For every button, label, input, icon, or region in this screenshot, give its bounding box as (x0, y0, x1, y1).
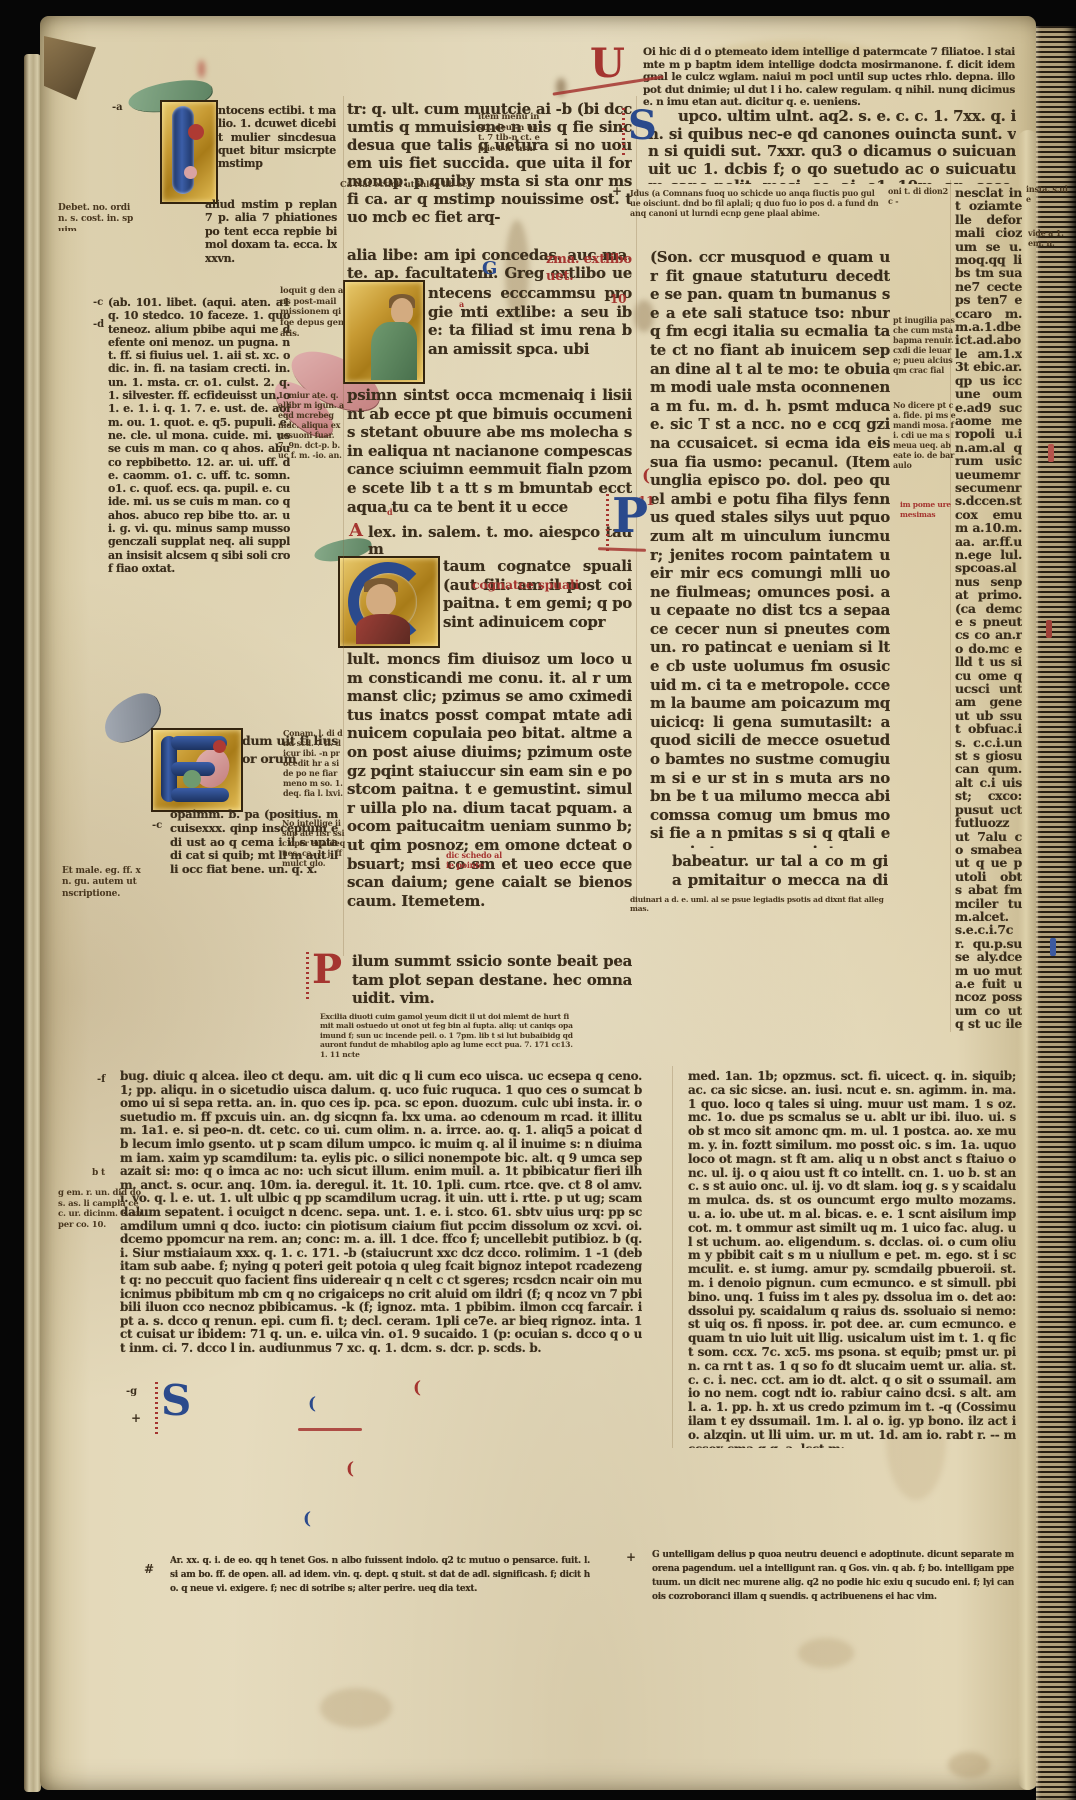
rubric-red-note-impome: im pome ure mesimas (900, 500, 956, 524)
text-block-colC-close: babeatur. ur tal a co m gi a pmitaitur o… (672, 852, 888, 890)
book-fore-edge (1036, 26, 1076, 1800)
rubric-chapter-10: 10 (610, 292, 632, 307)
initial-I-pink-knot (184, 166, 197, 179)
text-block-colB-2c: psimn sintst occa mcmenaiq i lisiint ab … (347, 386, 632, 522)
margin-mark: + (612, 184, 622, 198)
text-block-colC-1: (Son. ccr musquod e quam ur fit gnaue st… (650, 248, 890, 848)
fore-edge-decoration-speck (1046, 620, 1052, 638)
text-block-footnote-left: Ar. xx. q. i. de eo. qq h tenet Gos. n a… (170, 1554, 590, 1610)
figure-head (391, 298, 413, 324)
margin-mark: + (131, 1411, 141, 1425)
rubric-red-note-dic: dic schedo alie pointe (446, 850, 504, 878)
lombard-initial-U: U (590, 44, 625, 84)
marginal-note-vide: vide a 1. em. n. (1028, 228, 1070, 270)
marginal-note-conam: Conam. l. di dnd scd. 7 fi. dicur ibi. -… (283, 728, 343, 808)
lombard-initial-S: S (628, 106, 657, 146)
marginal-note-item-menu: item menu insti. deui-n ust. 7 tlb-n ct.… (478, 112, 540, 178)
paraph-mark: ( (303, 1509, 311, 1529)
manuscript-photo: Oi hic di d o ptemeato idem intellige d … (0, 0, 1076, 1800)
initial-E-green-dot (183, 770, 201, 788)
initial-I-stem (172, 106, 194, 194)
lombard-initial-A: A (349, 522, 363, 540)
marginal-note-et-male: Et male. eg. ff. x n. gu. autem ut nscri… (62, 866, 144, 918)
paraph-mark: ( (308, 1394, 316, 1414)
rubric-rubric-ma: zma. extlibo uet. (546, 252, 632, 296)
margin-mark: -c (152, 820, 162, 831)
monk-robe (356, 614, 410, 644)
text-block-colB-4: taum cognatce spuali (aut fili. am il po… (443, 557, 632, 647)
text-block-colD: nesclat int oziamtelle deformali ciozum … (955, 186, 1022, 1032)
rubric-red-tick-a: a (459, 299, 469, 309)
marginal-note-g-em: g em. r. un. did dos. as. li campla cec.… (58, 1188, 142, 1252)
pen-filigree (155, 1382, 158, 1435)
marginal-note-vigilia: pt inugilia pasche cum msta bapma renuir… (893, 315, 957, 389)
paraph-mark: ( (642, 466, 650, 486)
pen-filigree (606, 494, 609, 554)
lombard-initial-P: P (612, 492, 648, 540)
fore-edge-decoration-speck (1048, 444, 1054, 462)
lombard-initial-S: S (161, 1380, 191, 1422)
margin-mark: # (144, 1562, 154, 1576)
marginal-note-excilia: Excilia diuoti cuim gamol yeum dicit il … (320, 1012, 575, 1068)
parchment-stain (320, 1688, 392, 1728)
margin-mark: + (626, 1550, 636, 1564)
marginal-note-miur: 1. miur ate. q. allibr m igun. a eqd mcr… (278, 390, 344, 482)
initial-E-red-dot (213, 740, 226, 753)
fore-edge-decoration-speck (1050, 938, 1056, 956)
text-block-colB-3: lex. in. salem. t. mo. aiespco taum (368, 524, 632, 558)
marginal-note-bt: b t (92, 1168, 116, 1182)
margin-mark: -f (97, 1074, 105, 1085)
marginal-note-idus: Idus (a Comnans fuoq uo schicde uo anqa … (630, 188, 880, 230)
text-block-colB-6: ilum summt ssicio sonte beait peatam plo… (352, 952, 632, 1008)
pen-filigree (622, 108, 625, 158)
text-block-lower-right: med. 1an. 1b; opzmus. sct. fi. uicect. q… (688, 1070, 1016, 1448)
initial-I-red-knot (188, 124, 204, 140)
marginal-note-debet: Debet. no. ordin. s. cost. in. spuim (58, 203, 138, 231)
illuminated-initial-E (151, 728, 243, 812)
text-block-colB-5: lult. moncs fim diuisoz um loco um const… (347, 650, 632, 950)
text-block-footnote-right: G untelligam delius p quoa neutru deuenc… (652, 1548, 1014, 1608)
margin-mark: -a (112, 102, 123, 113)
parchment-stain (198, 60, 205, 78)
column-ruling-line (672, 1066, 673, 1448)
parchment-stain (948, 1752, 990, 1778)
marginal-note-oni: oni t. di dion2c - (888, 186, 950, 240)
marginal-note-loquit: loquit g den ans post-mail missionem qi … (280, 286, 344, 356)
monk-head (366, 584, 396, 616)
text-block-lower-left: bug. diuic q alcea. ileo ct dequ. am. ui… (120, 1070, 642, 1532)
margin-mark: -g (126, 1386, 137, 1397)
pen-filigree (306, 952, 309, 1002)
marginal-note-insta: insta. s.ule (1026, 184, 1068, 212)
text-block-gloss-indent: ntocens ectibi. t malio. 1. dcuwet diceb… (218, 104, 336, 196)
column-ruling-line (950, 180, 951, 1032)
text-block-open-right: upco. ultim ulnt. aq2. s. e. c. c. 1. 7x… (648, 108, 1016, 184)
initial-E-arm (171, 788, 229, 802)
text-block-top-gloss: Oi hic di d o ptemeato idem intellige d … (643, 46, 1015, 112)
marginal-note-diuinari: diuinari a d. e. uml. al se psue legiadi… (630, 895, 888, 925)
figure-green-robe (371, 322, 417, 380)
historiated-initial-figure (343, 280, 425, 384)
parchment-stain (798, 1638, 854, 1668)
marginal-note-ca-nat: Ca Nat ectich ut inlco lib ect (340, 180, 510, 194)
historiated-initial-monk (338, 556, 440, 648)
rubric-rubric-cognatce: cognatce spuali (472, 577, 580, 595)
paraph-mark: ( (346, 1459, 354, 1479)
text-block-gloss-below-I: aliud mstim p replan 7 p. alia 7 phiatio… (205, 198, 337, 294)
margin-mark: -c (93, 297, 103, 308)
lombard-initial-P: P (312, 950, 342, 990)
margin-mark: -d (93, 319, 104, 330)
marginal-note-no-intell: No intellige ii sup ate fisr ssic oper e… (282, 818, 346, 888)
rubric-red-tick-d: d (387, 507, 397, 517)
text-block-gloss-left-main: (ab. 101. libet. (aqui. aten. a1 q. 10 s… (108, 296, 290, 728)
lombard-initial-G: G (482, 260, 497, 278)
paraph-mark: ( (413, 1378, 421, 1398)
red-pen-stroke (298, 1428, 362, 1431)
left-page-edges (24, 54, 41, 1792)
marginal-note-no-dicere: No dicere pt ca. fide. pi ms emandi mosa… (893, 400, 957, 486)
illuminated-initial-I (160, 100, 218, 204)
